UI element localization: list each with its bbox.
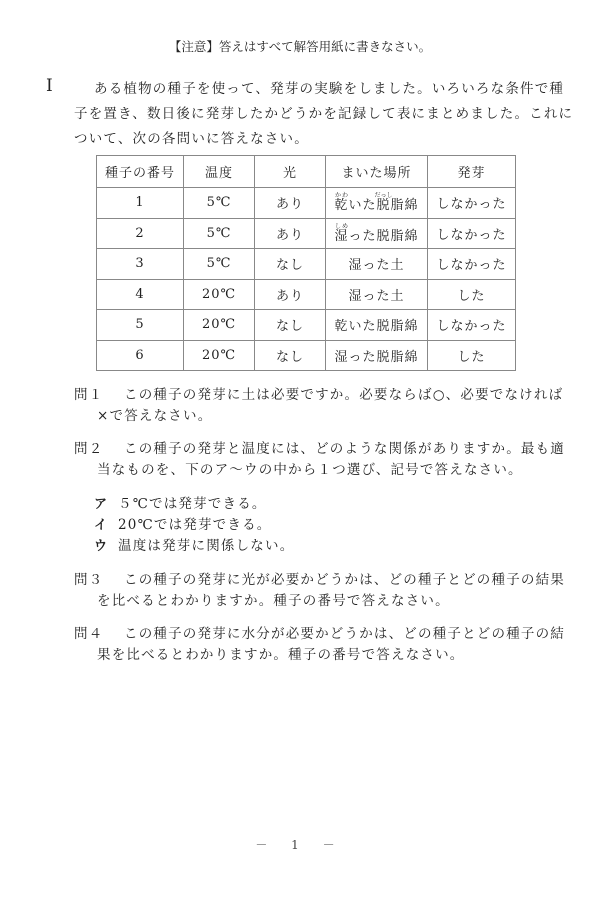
question-number: 問１: [74, 385, 103, 406]
question-4: 問４ この種子の発芽に水分が必要かどうかは、どの種子とどの種子の結果を比べるとわ…: [74, 624, 574, 666]
cell-seed-number: 6: [97, 340, 184, 371]
table-row: 4 20℃ あり 湿った土 した: [97, 279, 516, 310]
cell-seed-number: 5: [97, 310, 184, 341]
cell-germination: しなかった: [428, 249, 516, 280]
question-2-options: ア ５℃では発芽できる。 イ 20℃では発芽できる。 ウ 温度は発芽に関係しない…: [94, 494, 294, 557]
col-header-germination: 発芽: [428, 156, 516, 188]
option-text: 温度は発芽に関係しない。: [118, 536, 294, 557]
question-number: 問３: [74, 570, 103, 591]
cell-germination: しなかった: [428, 310, 516, 341]
cell-light: あり: [255, 218, 326, 249]
cell-germination: した: [428, 340, 516, 371]
page-number: － 1 －: [0, 836, 600, 853]
cell-light: なし: [255, 310, 326, 341]
cell-seed-number: 4: [97, 279, 184, 310]
cell-seed-number: 2: [97, 218, 184, 249]
table-row: 3 5℃ なし 湿った土 しなかった: [97, 249, 516, 280]
question-text: この種子の発芽に光が必要かどうかは、どの種子とどの種子の結果を比べるとわかります…: [74, 570, 574, 612]
cell-germination: した: [428, 279, 516, 310]
question-text: この種子の発芽と温度には、どのような関係がありますか。最も適当なものを、下のア～…: [74, 439, 574, 481]
col-header-place: まいた場所: [326, 156, 428, 188]
experiment-table: 種子の番号 温度 光 まいた場所 発芽 1 5℃ あり 乾かわいた脱だっし脂綿 …: [96, 155, 516, 371]
question-3: 問３ この種子の発芽に光が必要かどうかは、どの種子とどの種子の結果を比べるとわか…: [74, 570, 574, 612]
cell-light: なし: [255, 340, 326, 371]
question-text: この種子の発芽に土は必要ですか。必要ならば○、必要でなければ×で答えなさい。: [74, 385, 574, 427]
cell-temperature: 5℃: [184, 188, 255, 219]
option-text: 20℃では発芽できる。: [118, 515, 271, 536]
cell-seed-number: 3: [97, 249, 184, 280]
table-row: 5 20℃ なし 乾いた脱脂綿 しなかった: [97, 310, 516, 341]
question-number: 問４: [74, 624, 103, 645]
col-header-seed-number: 種子の番号: [97, 156, 184, 188]
cell-germination: しなかった: [428, 188, 516, 219]
table-row: 6 20℃ なし 湿った脱脂綿 した: [97, 340, 516, 371]
cell-place: 湿しめった脱脂綿: [326, 218, 428, 249]
cell-place: 湿った土: [326, 279, 428, 310]
cell-germination: しなかった: [428, 218, 516, 249]
cell-place: 乾かわいた脱だっし脂綿: [326, 188, 428, 219]
option-text: ５℃では発芽できる。: [118, 494, 267, 515]
col-header-temperature: 温度: [184, 156, 255, 188]
intro-text: ある植物の種子を使って、発芽の実験をしました。いろいろな条件で種子を置き、数日後…: [74, 81, 573, 147]
section-mark: I: [46, 76, 53, 96]
cell-place: 乾いた脱脂綿: [326, 310, 428, 341]
section-intro: ある植物の種子を使って、発芽の実験をしました。いろいろな条件で種子を置き、数日後…: [74, 77, 574, 152]
option-a: ア ５℃では発芽できる。: [94, 494, 294, 515]
option-u: ウ 温度は発芽に関係しない。: [94, 536, 294, 557]
cell-temperature: 5℃: [184, 249, 255, 280]
question-1: 問１ この種子の発芽に土は必要ですか。必要ならば○、必要でなければ×で答えなさい…: [74, 385, 574, 427]
exam-notice: 【注意】答えはすべて解答用紙に書きなさい。: [0, 37, 600, 55]
cell-temperature: 20℃: [184, 340, 255, 371]
option-i: イ 20℃では発芽できる。: [94, 515, 294, 536]
option-key: イ: [94, 515, 118, 536]
cell-light: なし: [255, 249, 326, 280]
question-text: この種子の発芽に水分が必要かどうかは、どの種子とどの種子の結果を比べるとわかりま…: [74, 624, 574, 666]
cell-light: あり: [255, 188, 326, 219]
cell-temperature: 5℃: [184, 218, 255, 249]
table-row: 1 5℃ あり 乾かわいた脱だっし脂綿 しなかった: [97, 188, 516, 219]
question-2: 問２ この種子の発芽と温度には、どのような関係がありますか。最も適当なものを、下…: [74, 439, 574, 481]
cell-light: あり: [255, 279, 326, 310]
cell-place: 湿った土: [326, 249, 428, 280]
table-row: 2 5℃ あり 湿しめった脱脂綿 しなかった: [97, 218, 516, 249]
cell-seed-number: 1: [97, 188, 184, 219]
question-number: 問２: [74, 439, 103, 460]
option-key: ウ: [94, 536, 118, 557]
table-header-row: 種子の番号 温度 光 まいた場所 発芽: [97, 156, 516, 188]
col-header-light: 光: [255, 156, 326, 188]
cell-temperature: 20℃: [184, 279, 255, 310]
option-key: ア: [94, 494, 118, 515]
cell-temperature: 20℃: [184, 310, 255, 341]
cell-place: 湿った脱脂綿: [326, 340, 428, 371]
